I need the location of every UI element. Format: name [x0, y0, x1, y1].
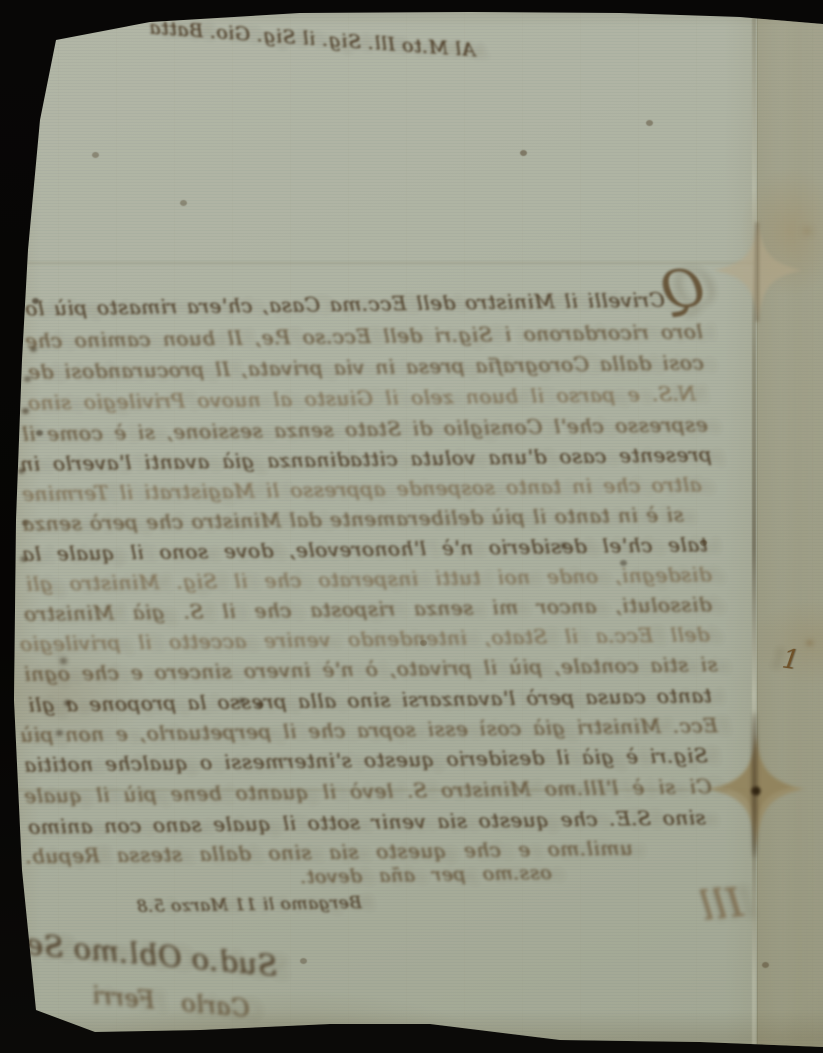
- handwriting-line: Crivelli il Ministro dell Ecc.ma Casa, c…: [25, 288, 665, 321]
- scanner-backdrop: Al M.to Ill. Sig. il Sig. Gio. BattaQCri…: [0, 0, 823, 1053]
- date-line: Bergamo li 11 Marzo 5.8: [150, 893, 362, 917]
- handwriting-line: presente caso d'una voluta cittadinanza …: [20, 442, 712, 476]
- signature-line: Carlo Ferri: [91, 981, 251, 1023]
- handwriting-line: Ci si è l'Ill.mo Ministro S. levò il qua…: [24, 774, 712, 808]
- handwriting-line: disdegni, onde noi tutti insperato che i…: [26, 562, 712, 596]
- folio-number: 1: [780, 644, 802, 677]
- handwriting-line: dissoluti, ancor mi senza risposta che i…: [24, 592, 712, 626]
- bleedthrough-handwriting-layer: Al M.to Ill. Sig. il Sig. Gio. BattaQCri…: [0, 0, 823, 1053]
- handwriting-line: dell Ecc.a il Stato, intendendo venire a…: [20, 622, 710, 656]
- handwriting-line: cosi dalla Corografia presa in via priva…: [28, 350, 704, 383]
- handwriting-line: Ecc. Ministri già così essi sopra che il…: [20, 713, 718, 747]
- docket-line: Al M.to Ill. Sig. il Sig. Gio. Batta: [208, 21, 477, 62]
- closing-line: oss.mo per aña devot.: [300, 862, 552, 888]
- handwriting-line: sino S.E. che questo sia venir sotto il …: [28, 805, 706, 838]
- handwriting-line: altro che in tanto sospende appresso li …: [22, 472, 702, 505]
- handwriting-line: espresso che'l Consiglio di Stato senza …: [22, 412, 708, 446]
- handwriting-line: si è in tanto il più deliberamente dal M…: [22, 502, 684, 535]
- signature-line: Sud.o Obl.mo Serv.: [27, 927, 279, 983]
- handwriting-line: loro ricordarono i Sig.ri dell Ecc.so P.…: [25, 319, 703, 352]
- handwriting-line: Sig.ri è già il desiderio questo s'inter…: [24, 743, 708, 777]
- handwriting-line: tanto causa però l'avanzarsi sino alla p…: [28, 683, 712, 717]
- handwriting-line: tale ch'el desiderio n'è l'honorevole, d…: [22, 532, 708, 566]
- initial-capital: Q: [658, 257, 709, 322]
- ink-blot-speckles: [0, 0, 7, 6]
- handwriting-line: N.S. e parso il buon zelo il Giusto al n…: [28, 381, 696, 414]
- manuscript-page: Al M.to Ill. Sig. il Sig. Gio. BattaQCri…: [0, 0, 823, 1053]
- handwriting-line: si stia contale, più il privato, ò n'è i…: [24, 652, 718, 686]
- paraph-flourish: Ill: [698, 880, 745, 930]
